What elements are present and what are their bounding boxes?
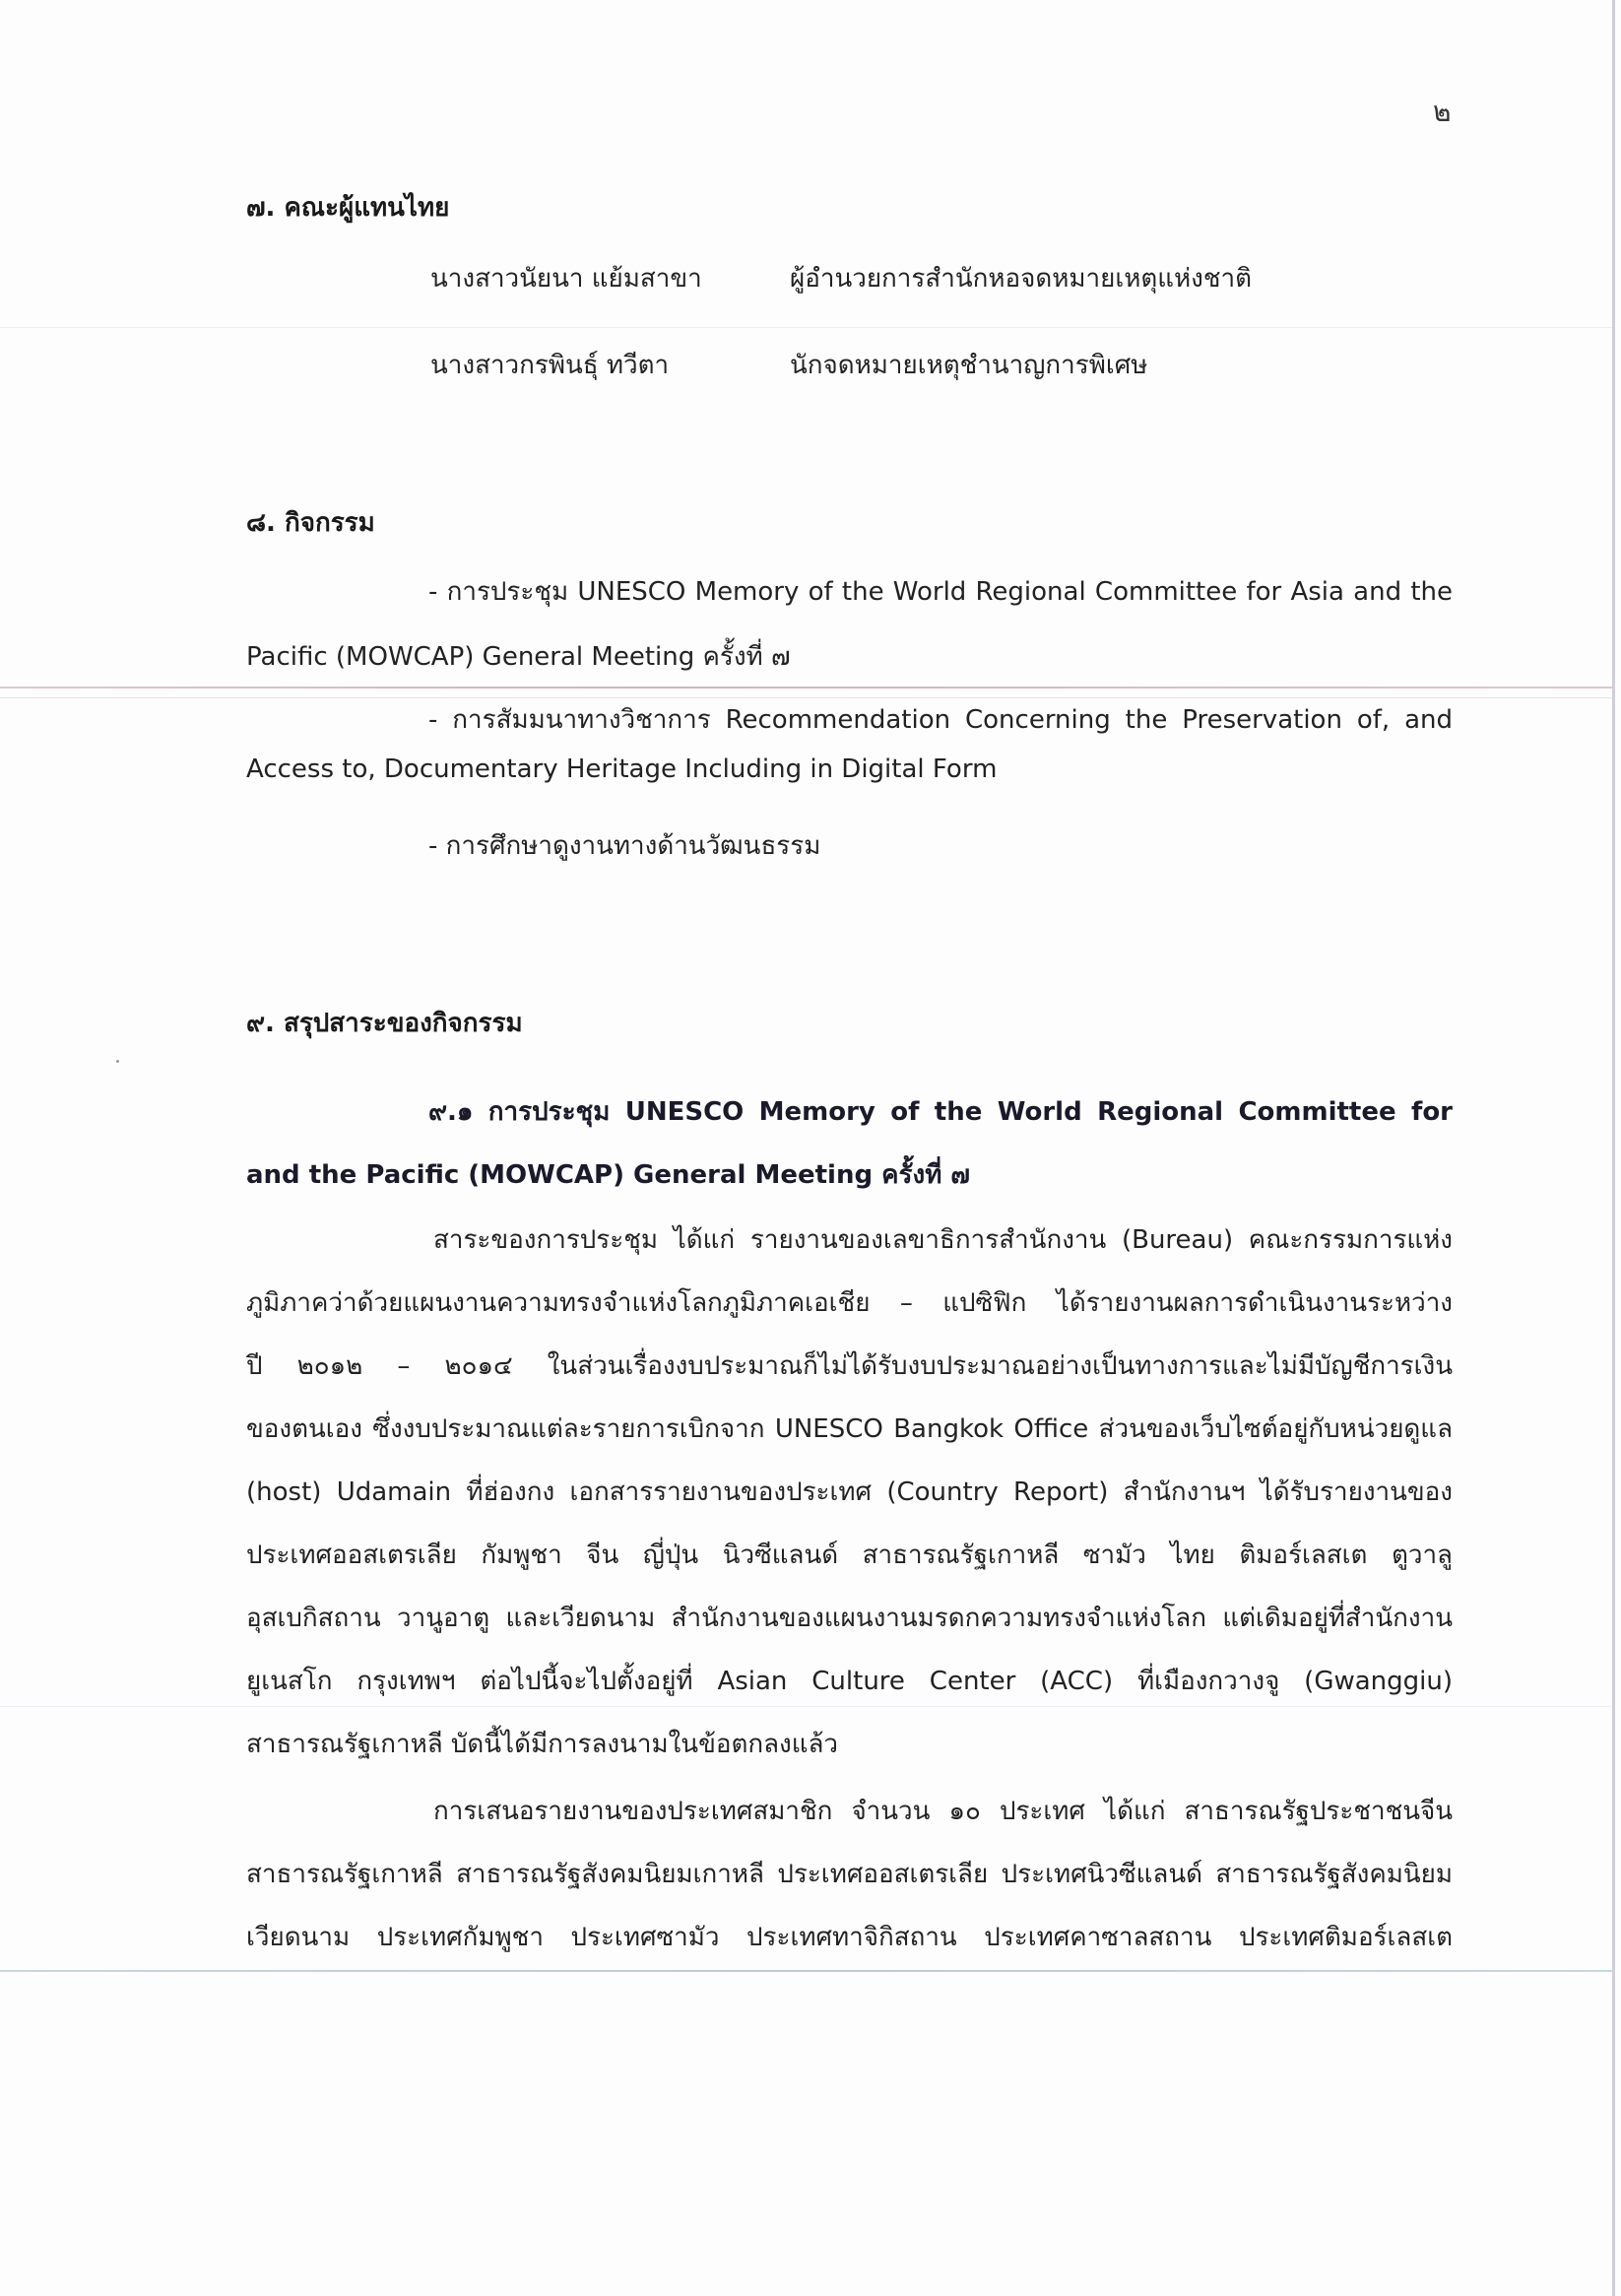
activity-item: - การศึกษาดูงานทางด้านวัฒนธรรม — [428, 825, 1453, 866]
subsection-9-1-title-continuation: and the Pacific (MOWCAP) General Meeting… — [246, 1154, 1453, 1195]
representative-title: ผู้อำนวยการสำนักหอจดหมายเหตุแห่งชาติ — [790, 258, 1252, 298]
paragraph-line: อุสเบกิสถาน วานูอาตู และเวียดนาม สำนักงา… — [246, 1598, 1453, 1637]
paragraph-line: ยูเนสโก กรุงเทพฯ ต่อไปนี้จะไปตั้งอยู่ที่… — [246, 1661, 1453, 1700]
paragraph-line: สาธารณรัฐเกาหลี สาธารณรัฐสังคมนิยมเกาหลี… — [246, 1854, 1453, 1893]
paragraph-line: ของตนเอง ซึ่งงบประมาณแต่ละรายการเบิกจาก … — [246, 1409, 1453, 1448]
scan-artifact-line — [0, 1970, 1615, 1972]
document-page: ๒ ๗. คณะผู้แทนไทย นางสาวนัยนา แย้มสาขา ผ… — [0, 0, 1621, 2296]
activity-item-continuation: Access to, Documentary Heritage Includin… — [246, 754, 1453, 784]
section-7-heading: ๗. คณะผู้แทนไทย — [246, 187, 449, 228]
paragraph-line: ประเทศออสเตรเลีย กัมพูชา จีน ญี่ปุ่น นิว… — [246, 1535, 1453, 1574]
activity-item-continuation: Pacific (MOWCAP) General Meeting ครั้งที… — [246, 636, 1453, 677]
paragraph-line: ภูมิภาคว่าด้วยแผนงานความทรงจำแห่งโลกภูมิ… — [246, 1282, 1453, 1322]
activity-item: - การสัมมนาทางวิชาการ Recommendation Con… — [428, 699, 1453, 739]
page-number: ๒ — [1433, 91, 1451, 134]
activity-item: - การประชุม UNESCO Memory of the World R… — [428, 571, 1453, 611]
scan-artifact-dot — [116, 1060, 119, 1063]
subsection-9-1-title: ๙.๑ การประชุม UNESCO Memory of the World… — [428, 1091, 1453, 1131]
scan-artifact-line — [0, 697, 1615, 698]
section-9-heading: ๙. สรุปสาระของกิจกรรม — [246, 1003, 523, 1043]
paragraph-line: การเสนอรายงานของประเทศสมาชิก จำนวน ๑๐ ปร… — [433, 1791, 1453, 1830]
paragraph-line: สาระของการประชุม ได้แก่ รายงานของเลขาธิก… — [433, 1219, 1453, 1259]
scan-artifact-line — [0, 327, 1615, 328]
representative-title: นักจดหมายเหตุชำนาญการพิเศษ — [790, 345, 1147, 385]
paragraph-line: (host) Udamain ที่ฮ่องกง เอกสารรายงานของ… — [246, 1472, 1453, 1511]
scan-artifact-line — [0, 1706, 1615, 1707]
representative-name: นางสาวนัยนา แย้มสาขา — [430, 258, 702, 298]
paragraph-line: สาธารณรัฐเกาหลี บัดนี้ได้มีการลงนามในข้อ… — [246, 1724, 1453, 1764]
scan-artifact-line — [0, 687, 1615, 689]
paragraph-line: ปี ๒๐๑๒ – ๒๐๑๔ ในส่วนเรื่องงบประมาณก็ไม่… — [246, 1345, 1453, 1385]
section-8-heading: ๘. กิจกรรม — [246, 502, 375, 543]
scan-page-edge — [1612, 0, 1615, 2296]
paragraph-line: เวียดนาม ประเทศกัมพูชา ประเทศซามัว ประเท… — [246, 1917, 1453, 1956]
representative-name: นางสาวกรพินธุ์ ทวีตา — [430, 345, 669, 385]
